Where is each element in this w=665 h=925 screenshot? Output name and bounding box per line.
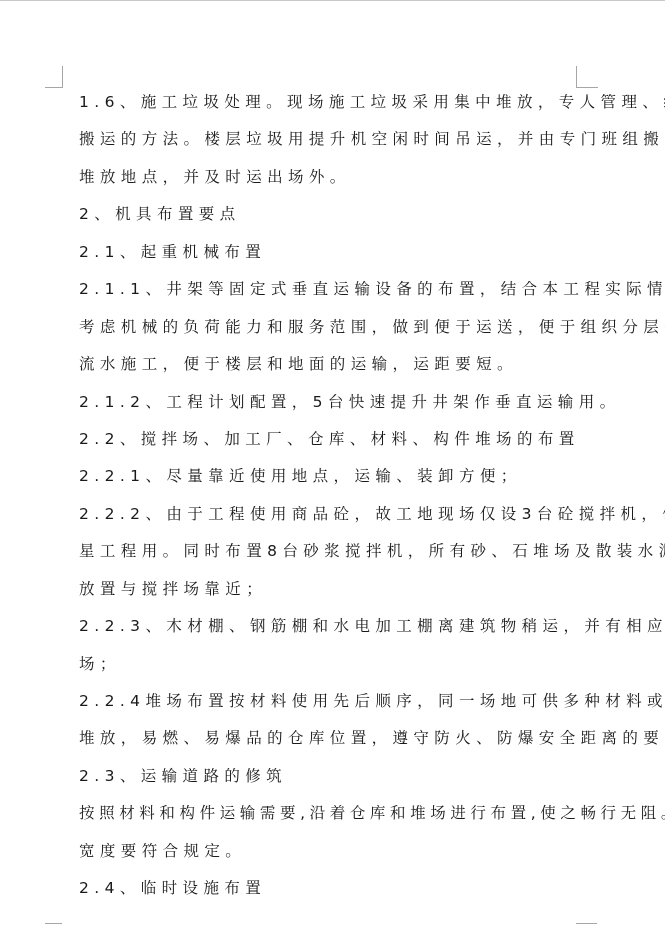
paragraph-line: 宽度要符合规定。 xyxy=(79,833,579,870)
paragraph-line: 按照材料和构件运输需要,沿着仓库和堆场进行布置,使之畅行无阻。 xyxy=(79,795,579,832)
paragraph-line: 2.2.1、尽量靠近使用地点，运输、装卸方便； xyxy=(79,458,579,495)
subsection-heading: 2.1、起重机械布置 xyxy=(79,234,579,271)
paragraph-line: 2.2.4堆场布置按材料使用先后顺序，同一场地可供多种材料或构件 xyxy=(79,683,579,720)
margin-corner-mark-top-right xyxy=(576,66,598,88)
paragraph-line: 考虑机械的负荷能力和服务范围，做到便于运送，便于组织分层分段 xyxy=(79,309,579,346)
document-body[interactable]: 1.6、施工垃圾处理。现场施工垃圾采用集中堆放，专人管理、统一 搬运的方法。楼层… xyxy=(79,84,579,908)
subsection-heading: 2.3、运输道路的修筑 xyxy=(79,758,579,795)
paragraph-line: 流水施工，便于楼层和地面的运输，运距要短。 xyxy=(79,346,579,383)
paragraph-line: 堆放，易燃、易爆品的仓库位置，遵守防火、防爆安全距离的要求。 xyxy=(79,720,579,757)
paragraph-line: 场； xyxy=(79,646,579,683)
subsection-heading: 2.2、搅拌场、加工厂、仓库、材料、构件堆场的布置 xyxy=(79,421,579,458)
paragraph-line: 放置与搅拌场靠近； xyxy=(79,571,579,608)
paragraph-line: 堆放地点，并及时运出场外。 xyxy=(79,159,579,196)
paragraph-line: 2.2.2、由于工程使用商品砼，故工地现场仅设3台砼搅拌机，供零 xyxy=(79,496,579,533)
page-top-edge xyxy=(0,0,665,1)
paragraph-line: 1.6、施工垃圾处理。现场施工垃圾采用集中堆放，专人管理、统一 xyxy=(79,84,579,121)
paragraph-line: 2.1.2、工程计划配置，5台快速提升井架作垂直运输用。 xyxy=(79,384,579,421)
paragraph-line: 搬运的方法。楼层垃圾用提升机空闲时间吊运，并由专门班组搬运至 xyxy=(79,121,579,158)
paragraph-line: 星工程用。同时布置8台砂浆搅拌机，所有砂、石堆场及散装水泥罐 xyxy=(79,533,579,570)
subsection-heading: 2.4、临时设施布置 xyxy=(79,870,579,907)
section-heading: 2、机具布置要点 xyxy=(79,196,579,233)
paragraph-line: 2.2.3、木材棚、钢筋棚和水电加工棚离建筑物稍运，并有相应的堆 xyxy=(79,608,579,645)
paragraph-line: 2.1.1、井架等固定式垂直运输设备的布置，结合本工程实际情况， xyxy=(79,271,579,308)
margin-corner-mark-top-left xyxy=(45,66,63,88)
